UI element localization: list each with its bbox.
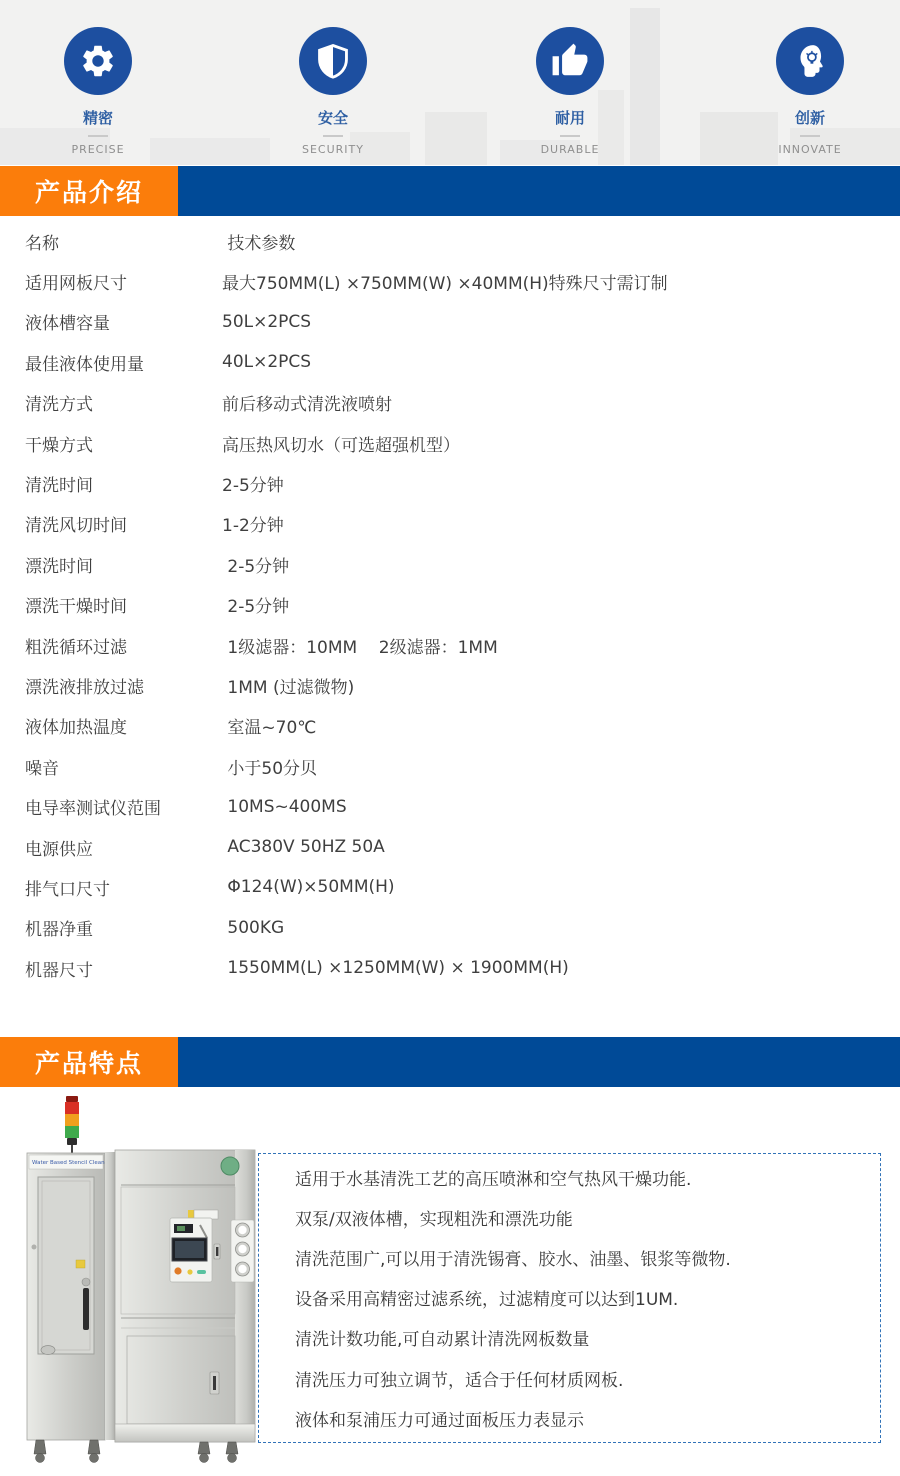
spec-label: 最佳液体使用量 — [0, 350, 222, 375]
spec-label: 漂洗液排放过滤 — [0, 673, 222, 698]
banner-item-innovate: 创新 INNOVATE — [730, 27, 890, 156]
feature-item: 清洗计数功能,可自动累计清洗网板数量 — [295, 1318, 880, 1358]
banner-label: 耐用 — [490, 107, 650, 128]
spec-value: 最大750MM(L) ×750MM(W) ×40MM(H)特殊尺寸需订制 — [222, 269, 668, 294]
divider — [88, 135, 108, 137]
machine-right-cabinet — [115, 1150, 255, 1442]
features-box: 适用于水基清洗工艺的高压喷淋和空气热风干燥功能. 双泵/双液体槽，实现粗洗和漂洗… — [258, 1153, 881, 1443]
feature-item: 设备采用高精密过滤系统，过滤精度可以达到1UM. — [295, 1278, 880, 1318]
feature-item: 双泵/双液体槽，实现粗洗和漂洗功能 — [295, 1197, 880, 1237]
spec-label: 名称 — [0, 229, 222, 254]
spec-label: 排气口尺寸 — [0, 875, 222, 900]
table-row: 漂洗干燥时间 2-5分钟 — [0, 585, 900, 625]
machine-feet — [34, 1440, 238, 1463]
spec-value: AC380V 50HZ 50A — [222, 837, 385, 857]
banner-item-durable: 耐用 DURABLE — [490, 27, 650, 156]
table-row: 清洗风切时间1-2分钟 — [0, 504, 900, 544]
divider — [800, 135, 820, 137]
spec-label: 漂洗时间 — [0, 552, 222, 577]
feature-item: 液体和泵浦压力可通过面板压力表显示 — [295, 1398, 880, 1438]
machine-gauges — [231, 1220, 254, 1282]
gear-icon — [79, 42, 117, 80]
spec-value: 技术参数 — [222, 229, 295, 254]
spec-label: 液体槽容量 — [0, 309, 222, 334]
banner-label: 精密 — [18, 107, 178, 128]
banner-item-security: 安全 SECURITY — [253, 27, 413, 156]
banner-sublabel: DURABLE — [490, 143, 650, 156]
spec-value: 前后移动式清洗液喷射 — [222, 390, 392, 415]
table-row: 干燥方式高压热风切水（可选超强机型） — [0, 423, 900, 463]
spec-value: 500KG — [222, 918, 284, 938]
table-row: 漂洗液排放过滤 1MM (过滤微物) — [0, 665, 900, 705]
icon-circle — [64, 27, 132, 95]
spec-label: 清洗风切时间 — [0, 511, 222, 536]
table-row: 电源供应 AC380V 50HZ 50A — [0, 827, 900, 867]
banner-label: 创新 — [730, 107, 890, 128]
spec-label: 噪音 — [0, 754, 222, 779]
spec-value: 2-5分钟 — [222, 552, 289, 577]
spec-label: 干燥方式 — [0, 431, 222, 456]
table-row: 清洗时间2-5分钟 — [0, 463, 900, 503]
spec-value: 1级滤器：10MM 2级滤器：1MM — [222, 633, 498, 658]
table-row: 适用网板尺寸最大750MM(L) ×750MM(W) ×40MM(H)特殊尺寸需… — [0, 261, 900, 301]
spec-label: 电源供应 — [0, 835, 222, 860]
table-row: 清洗方式前后移动式清洗液喷射 — [0, 383, 900, 423]
signal-tower-icon — [65, 1096, 79, 1159]
feature-item: 适用于水基清洗工艺的高压喷淋和空气热风干燥功能. — [295, 1157, 880, 1197]
table-row: 液体加热温度 室温~70℃ — [0, 706, 900, 746]
spec-value: 室温~70℃ — [222, 713, 316, 738]
table-row: 噪音 小于50分贝 — [0, 746, 900, 786]
icon-circle — [776, 27, 844, 95]
spec-label: 适用网板尺寸 — [0, 269, 222, 294]
spec-value: 10MS~400MS — [222, 797, 347, 817]
spec-table: 名称 技术参数 适用网板尺寸最大750MM(L) ×750MM(W) ×40MM… — [0, 221, 900, 988]
spec-label: 漂洗干燥时间 — [0, 592, 222, 617]
icon-circle — [536, 27, 604, 95]
divider — [323, 135, 343, 137]
banner-item-precise: 精密 PRECISE — [18, 27, 178, 156]
spec-value: 高压热风切水（可选超强机型） — [222, 431, 460, 456]
product-features-header: 产品特点 — [0, 1037, 900, 1087]
spec-value: 50L×2PCS — [222, 312, 311, 332]
table-row: 最佳液体使用量40L×2PCS — [0, 342, 900, 382]
banner-label: 安全 — [253, 107, 413, 128]
table-row: 排气口尺寸 Φ124(W)×50MM(H) — [0, 867, 900, 907]
divider — [560, 135, 580, 137]
spec-value: 2-5分钟 — [222, 471, 284, 496]
spec-label: 清洗时间 — [0, 471, 222, 496]
table-row: 机器净重 500KG — [0, 908, 900, 948]
spec-label: 液体加热温度 — [0, 713, 222, 738]
table-row: 漂洗时间 2-5分钟 — [0, 544, 900, 584]
spec-label: 机器净重 — [0, 915, 222, 940]
machine-left-cabinet: Water Based Stencil Cleaner — [27, 1153, 111, 1440]
table-row: 电导率测试仪范围 10MS~400MS — [0, 786, 900, 826]
thumbs-up-icon — [551, 42, 589, 80]
banner-sublabel: PRECISE — [18, 143, 178, 156]
machine-mid-column — [105, 1152, 115, 1440]
feature-item: 清洗压力可独立调节，适合于任何材质网板. — [295, 1358, 880, 1398]
table-row: 粗洗循环过滤 1级滤器：10MM 2级滤器：1MM — [0, 625, 900, 665]
banner-sublabel: INNOVATE — [730, 143, 890, 156]
spec-value: 1MM (过滤微物) — [222, 673, 354, 698]
spec-value: 1550MM(L) ×1250MM(W) × 1900MM(H) — [222, 958, 569, 978]
spec-value: 小于50分贝 — [222, 754, 317, 779]
section-title: 产品介绍 — [0, 166, 178, 216]
icon-circle — [299, 27, 367, 95]
spec-value: Φ124(W)×50MM(H) — [222, 877, 395, 897]
top-banner: 精密 PRECISE 安全 SECURITY 耐用 DURABLE — [0, 0, 900, 165]
table-row: 液体槽容量50L×2PCS — [0, 302, 900, 342]
spec-value: 1-2分钟 — [222, 511, 284, 536]
product-intro-header: 产品介绍 — [0, 166, 900, 216]
spec-value: 2-5分钟 — [222, 592, 289, 617]
machine-nameplate: Water Based Stencil Cleaner — [32, 1160, 111, 1166]
spec-label: 机器尺寸 — [0, 956, 222, 981]
spec-label: 电导率测试仪范围 — [0, 794, 222, 819]
table-row: 机器尺寸 1550MM(L) ×1250MM(W) × 1900MM(H) — [0, 948, 900, 988]
banner-sublabel: SECURITY — [253, 143, 413, 156]
spec-label: 粗洗循环过滤 — [0, 633, 222, 658]
spec-label: 清洗方式 — [0, 390, 222, 415]
section-title: 产品特点 — [0, 1037, 178, 1087]
innovate-icon — [791, 42, 829, 80]
product-photo: Water Based Stencil Cleaner — [14, 1092, 264, 1470]
feature-item: 清洗范围广,可以用于清洗锡膏、胶水、油墨、银浆等微物. — [295, 1237, 880, 1277]
table-row: 名称 技术参数 — [0, 221, 900, 261]
spec-value: 40L×2PCS — [222, 352, 311, 372]
shield-icon — [314, 42, 352, 80]
